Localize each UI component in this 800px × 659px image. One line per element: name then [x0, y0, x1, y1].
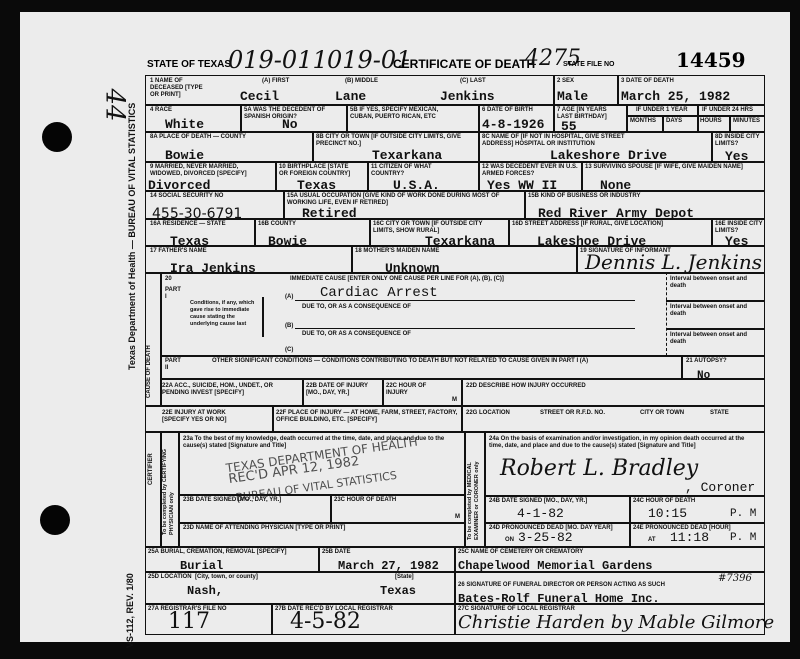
label-injury-hour: 22c HOUR OF INJURY [386, 383, 436, 397]
label-24a: 24a On the basis of examination and/or i… [489, 436, 759, 450]
residence-inside-city: Yes [725, 234, 748, 249]
label-a: (a) [285, 294, 293, 301]
form-rule [553, 104, 555, 132]
label-location: 22g LOCATION [466, 410, 510, 417]
form-rule [666, 272, 667, 356]
form-rule [524, 190, 526, 218]
label-inside-city: 8d INSIDE CITY LIMITS? [715, 134, 763, 148]
label-name: 1 NAME OF DECEASED [Type or print] [150, 78, 210, 99]
residence-street: Lakeshoe Drive [537, 234, 646, 249]
date-of-death: March 25, 1982 [621, 89, 730, 104]
form-rule [369, 218, 371, 245]
form-rule [626, 115, 765, 117]
coroner-date-signed: 4-1-82 [517, 506, 564, 521]
label-business: 15b KIND OF BUSINESS OR INDUSTRY [528, 193, 640, 200]
form-rule [711, 131, 713, 161]
father-name: Ira Jenkins [170, 261, 256, 276]
form-rule [464, 431, 466, 546]
form-rule [295, 300, 635, 301]
form-rule [178, 494, 464, 496]
ssn: 455-30-6791 [152, 206, 242, 222]
middle-name: Lane [335, 89, 366, 104]
informant-signature: Dennis L. Jenkins [585, 250, 762, 274]
label-city-town: CITY OR TOWN [640, 410, 684, 417]
pronounced-pm: P. M [730, 532, 756, 544]
label-m: M [452, 397, 457, 404]
form-rule [160, 355, 765, 357]
label-mother: 18 MOTHER'S MAIDEN NAME [355, 248, 439, 255]
label-due-to-2: DUE TO, OR AS A CONSEQUENCE OF [302, 331, 411, 338]
certificate-title: CERTIFICATE OF DEATH [393, 57, 535, 71]
label-hospital: 8c NAME OF [If not in hospital, give str… [482, 134, 652, 148]
race: White [165, 117, 204, 132]
label-on: ON [505, 537, 514, 544]
funeral-director-number: #7396 [718, 573, 752, 584]
label-spanish-specify: 5b IF YES, SPECIFY MEXICAN, CUBAN, PUERT… [350, 107, 450, 121]
form-rule [666, 328, 765, 330]
spanish-origin: No [282, 117, 298, 132]
form-rule [484, 431, 486, 546]
form-rule [729, 115, 731, 132]
form-rule [145, 218, 765, 220]
residence-county: Bowie [268, 234, 307, 249]
label-res-inside: 16e INSIDE CITY LIMITS? [715, 221, 763, 235]
label-state: STATE [710, 410, 729, 417]
handwritten-code-1: 019-011 [228, 46, 328, 74]
form-rule [145, 431, 765, 433]
label-burial: 25a BURIAL, CREMATION, REMOVAL [Specify] [148, 549, 286, 556]
state-file-label: STATE FILE NO [563, 61, 614, 68]
residence-state: Texas [170, 234, 209, 249]
label-citizen: 11 CITIZEN OF WHAT COUNTRY? [371, 164, 451, 178]
label-23c: 23c HOUR OF DEATH [334, 497, 396, 504]
label-burial-date: 25b DATE [322, 549, 351, 556]
form-rule [478, 104, 480, 132]
form-rule [145, 603, 765, 605]
form-rule [681, 355, 683, 378]
form-rule [508, 218, 510, 245]
form-rule [454, 546, 456, 571]
label-part-1: PART I [165, 287, 179, 301]
form-rule [275, 161, 277, 190]
form-rule [351, 245, 353, 273]
label-res-state: 16a RESIDENCE — STATE [150, 221, 226, 228]
agency-label: Texas Department of Health — BUREAU OF V… [127, 103, 137, 370]
form-rule [145, 272, 765, 274]
interval-b: Interval between onset and death [670, 304, 760, 318]
form-rule [697, 104, 699, 132]
label-other-conditions: OTHER SIGNIFICANT CONDITIONS — CONDITION… [212, 358, 588, 365]
form-rule [576, 245, 578, 273]
form-rule [145, 161, 765, 163]
form-rule [240, 104, 242, 132]
label-20: 20 [165, 276, 172, 283]
form-rule [617, 75, 619, 105]
label-c: (c) [285, 347, 293, 354]
label-father: 17 FATHER'S NAME [150, 248, 207, 255]
label-minutes: Minutes [733, 118, 760, 125]
form-rule [178, 522, 464, 524]
label-immediate-cause: IMMEDIATE CAUSE [Enter only one cause pe… [290, 276, 504, 283]
label-sex: 2 SEX [557, 78, 574, 85]
immediate-cause: Cardiac Arrest [320, 285, 438, 301]
pronounced-hour: 11:18 [670, 530, 709, 545]
autopsy: No [697, 370, 710, 382]
form-rule [312, 131, 314, 161]
sex: Male [557, 89, 588, 104]
form-rule [478, 131, 480, 161]
form-rule [178, 431, 180, 546]
label-ssn: 14 SOCIAL SECURITY NO [150, 193, 223, 200]
label-place-of-injury: 22f PLACE OF INJURY — At home, farm, str… [276, 410, 461, 424]
label-res-city: 16c CITY OR TOWN [If outside city limits… [373, 221, 483, 235]
interval-c: Interval between onset and death [670, 332, 760, 346]
coroner-hour-of-death: 10:15 [648, 506, 687, 521]
last-name: Jenkins [440, 89, 495, 104]
state-file-number: 14459 [676, 48, 746, 72]
label-months: Months [630, 118, 656, 125]
registrar-signature: Christie Harden by Mable Gilmore [458, 612, 774, 633]
label-m-23c: M [455, 514, 460, 521]
form-rule [272, 405, 274, 431]
form-rule [581, 161, 583, 190]
form-rule [666, 300, 765, 302]
form-rule [145, 104, 765, 106]
label-race: 4 RACE [150, 107, 172, 114]
form-rule [346, 104, 348, 132]
label-hours: Hours [700, 118, 722, 125]
coroner-title: , Coroner [685, 480, 755, 495]
disposition-state: Texas [380, 584, 416, 598]
label-23b: 23b DATE SIGNED [Mo., Day, Yr.] [183, 497, 281, 504]
first-name: Cecil [240, 89, 279, 104]
label-part-2: PART II [165, 358, 179, 372]
label-res-street: 16d STREET ADDRESS [If rural, give locat… [512, 221, 663, 228]
form-rule [367, 161, 369, 190]
label-b: (b) [285, 323, 293, 330]
form-rule [160, 378, 765, 380]
label-injury-date: 22b DATE OF INJURY [Mo., Day, Yr.] [306, 383, 381, 397]
label-middle: (b) Middle [345, 78, 378, 85]
label-armed-forces: 12 WAS DECEDENT EVER IN U.S. ARMED FORCE… [482, 164, 582, 178]
registrar-date: 4-5-82 [290, 609, 361, 634]
form-rule [262, 297, 264, 337]
interval-a: Interval between onset and death [670, 276, 760, 290]
label-under-1-year: IF UNDER 1 YEAR [636, 107, 688, 114]
form-rule [145, 245, 765, 247]
certifier-label: CERTIFIER [148, 453, 154, 485]
form-rule [145, 190, 765, 192]
form-rule [254, 218, 256, 245]
me-only-label: To be completed by MEDICAL EXAMINER or C… [467, 440, 481, 540]
label-days: Days [666, 118, 682, 125]
label-date-of-birth: 6 DATE OF BIRTH [482, 107, 533, 114]
label-marital: 9 MARRIED, NEVER MARRIED, WIDOWED, DIVOR… [150, 164, 250, 178]
label-birthplace: 10 BIRTHPLACE [State or foreign country] [279, 164, 359, 178]
label-at: AT [648, 537, 656, 544]
form-rule [626, 104, 628, 132]
label-spouse: 13 SURVIVING SPOUSE [If wife, give maide… [585, 164, 743, 171]
disposition-city: Nash, [187, 584, 223, 598]
label-county: 8a PLACE OF DEATH — COUNTY [150, 134, 246, 141]
label-occupation: 15a USUAL OCCUPATION [Give kind of work … [287, 193, 507, 207]
state-title: STATE OF TEXAS [147, 59, 231, 70]
form-rule [553, 75, 555, 105]
form-rule [711, 218, 713, 245]
label-due-to-1: DUE TO, OR AS A CONSEQUENCE OF [302, 304, 411, 311]
coroner-hour-pm: P. M [730, 508, 756, 520]
form-rule [461, 378, 463, 405]
form-rule [145, 405, 765, 407]
punch-hole [42, 122, 72, 152]
label-under-24-hrs: IF UNDER 24 HRS [702, 107, 753, 114]
form-rule [382, 378, 384, 405]
form-rule [484, 495, 765, 497]
form-rule [318, 546, 320, 571]
label-street: STREET OR R.F.D. NO. [540, 410, 605, 417]
coroner-signature: Robert L. Bradley [500, 456, 698, 481]
label-24c: 24c HOUR OF DEATH [633, 498, 695, 505]
punch-hole [40, 505, 70, 535]
label-accident: 22a ACC., SUICIDE, HOM., UNDET., OR PEND… [162, 383, 282, 397]
label-date-of-death: 3 DATE OF DEATH [621, 78, 674, 85]
label-city: 8b CITY OR TOWN [If outside city limits,… [316, 134, 466, 148]
label-disposition-state: [State] [395, 574, 414, 581]
cause-of-death-label: CAUSE OF DEATH [146, 345, 152, 398]
physician-only-label: To be completed by CERTIFYING PHYSICIAN … [162, 435, 176, 535]
form-rule [662, 115, 664, 132]
form-rule [330, 494, 332, 522]
label-first: (a) First [262, 78, 289, 85]
mother-maiden-name: Unknown [385, 261, 440, 276]
form-rule [145, 131, 765, 133]
label-city-county: [City, town, or county] [195, 574, 258, 581]
pronounced-date: 3-25-82 [518, 530, 573, 545]
label-23d: 23d NAME OF ATTENDING PHYSICIAN [Type or… [183, 525, 345, 532]
form-rule [295, 328, 635, 329]
form-rule [283, 190, 285, 218]
label-24b: 24b DATE SIGNED [Mo., Day, Yr.] [489, 498, 587, 505]
form-rule [629, 495, 631, 546]
label-funeral-director: 26 SIGNATURE OF FUNERAL DIRECTOR OR PERS… [458, 582, 665, 589]
label-injury-at-work: 22e INJURY AT WORK [Specify yes or no] [162, 410, 252, 424]
form-rule [461, 405, 463, 431]
form-rule [302, 378, 304, 405]
form-number: VS-112, REV. 1/80 [125, 573, 135, 648]
residence-city: Texarkana [425, 234, 495, 249]
margin-note: 44 [100, 88, 130, 121]
conditions-note: Conditions, if any, which gave rise to i… [190, 300, 255, 328]
form-rule [271, 603, 273, 635]
date-of-birth: 4-8-1926 [482, 117, 544, 132]
label-last: (c) Last [460, 78, 486, 85]
label-how-injury: 22d DESCRIBE HOW INJURY OCCURRED [466, 383, 586, 390]
label-res-county: 16b COUNTY [258, 221, 296, 228]
label-disposition-location: 25d LOCATION [148, 574, 192, 581]
label-cemetery: 25c NAME OF CEMETERY OR CREMATORY [458, 549, 583, 556]
form-rule [484, 522, 765, 524]
form-rule [478, 161, 480, 190]
registrar-file-number: 117 [168, 609, 210, 634]
label-autopsy: 21 AUTOPSY? [686, 358, 727, 365]
